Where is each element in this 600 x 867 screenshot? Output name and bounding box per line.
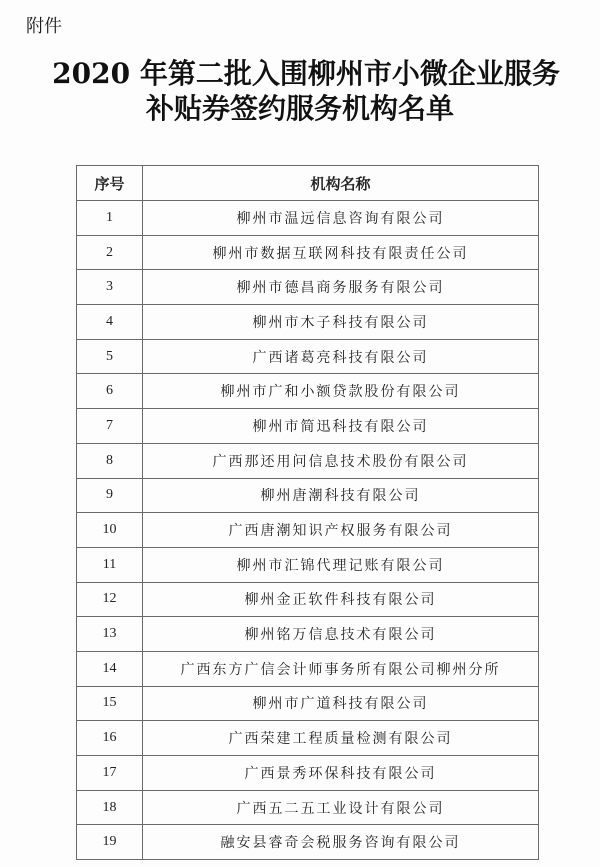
institution-name-cell: 柳州市汇锦代理记账有限公司	[143, 547, 539, 582]
table-row: 18广西五二五工业设计有限公司	[77, 790, 539, 825]
institution-name-cell: 柳州市德昌商务服务有限公司	[143, 270, 539, 305]
institution-name-cell: 柳州金正软件科技有限公司	[143, 582, 539, 617]
institution-name-cell: 柳州铭万信息技术有限公司	[143, 617, 539, 652]
serial-number-cell: 14	[77, 651, 143, 686]
table-row: 9柳州唐潮科技有限公司	[77, 478, 539, 513]
serial-number-cell: 10	[77, 513, 143, 548]
title-line-1: 2020 年第二批入围柳州市小微企业服务	[0, 56, 600, 91]
institution-name-cell: 柳州市数据互联网科技有限责任公司	[143, 235, 539, 270]
serial-number-cell: 15	[77, 686, 143, 721]
institution-name-cell: 柳州市温远信息咨询有限公司	[143, 201, 539, 236]
institution-name-cell: 广西东方广信会计师事务所有限公司柳州分所	[143, 651, 539, 686]
table-row: 13柳州铭万信息技术有限公司	[77, 617, 539, 652]
table-body: 1柳州市温远信息咨询有限公司2柳州市数据互联网科技有限责任公司3柳州市德昌商务服…	[77, 201, 539, 860]
header-institution-name: 机构名称	[143, 166, 539, 201]
institution-name-cell: 柳州唐潮科技有限公司	[143, 478, 539, 513]
attachment-label: 附件	[26, 14, 62, 40]
institution-name-cell: 广西景秀环保科技有限公司	[143, 756, 539, 791]
serial-number-cell: 13	[77, 617, 143, 652]
table-header-row: 序号 机构名称	[77, 166, 539, 201]
serial-number-cell: 11	[77, 547, 143, 582]
table-row: 6柳州市广和小额贷款股份有限公司	[77, 374, 539, 409]
institution-name-cell: 广西诸葛亮科技有限公司	[143, 339, 539, 374]
table-row: 14广西东方广信会计师事务所有限公司柳州分所	[77, 651, 539, 686]
table-row: 15柳州市广道科技有限公司	[77, 686, 539, 721]
table-row: 7柳州市简迅科技有限公司	[77, 409, 539, 444]
table-row: 11柳州市汇锦代理记账有限公司	[77, 547, 539, 582]
table-row: 3柳州市德昌商务服务有限公司	[77, 270, 539, 305]
title-line-2: 补贴券签约服务机构名单	[0, 91, 600, 126]
institution-name-cell: 广西那还用问信息技术股份有限公司	[143, 443, 539, 478]
document-title: 2020 年第二批入围柳州市小微企业服务 补贴券签约服务机构名单	[0, 56, 600, 126]
serial-number-cell: 1	[77, 201, 143, 236]
institution-name-cell: 广西唐潮知识产权服务有限公司	[143, 513, 539, 548]
serial-number-cell: 6	[77, 374, 143, 409]
serial-number-cell: 5	[77, 339, 143, 374]
institution-name-cell: 柳州市广和小额贷款股份有限公司	[143, 374, 539, 409]
serial-number-cell: 18	[77, 790, 143, 825]
institution-name-cell: 柳州市简迅科技有限公司	[143, 409, 539, 444]
institution-name-cell: 广西荣建工程质量检测有限公司	[143, 721, 539, 756]
table-row: 17广西景秀环保科技有限公司	[77, 756, 539, 791]
serial-number-cell: 17	[77, 756, 143, 791]
serial-number-cell: 4	[77, 305, 143, 340]
table-row: 1柳州市温远信息咨询有限公司	[77, 201, 539, 236]
serial-number-cell: 7	[77, 409, 143, 444]
institution-name-cell: 柳州市广道科技有限公司	[143, 686, 539, 721]
institution-name-cell: 柳州市木子科技有限公司	[143, 305, 539, 340]
table-row: 8广西那还用问信息技术股份有限公司	[77, 443, 539, 478]
serial-number-cell: 9	[77, 478, 143, 513]
table-row: 2柳州市数据互联网科技有限责任公司	[77, 235, 539, 270]
table-row: 12柳州金正软件科技有限公司	[77, 582, 539, 617]
header-serial-number: 序号	[77, 166, 143, 201]
table-row: 16广西荣建工程质量检测有限公司	[77, 721, 539, 756]
table-row: 4柳州市木子科技有限公司	[77, 305, 539, 340]
institution-table: 序号 机构名称 1柳州市温远信息咨询有限公司2柳州市数据互联网科技有限责任公司3…	[76, 165, 539, 860]
serial-number-cell: 12	[77, 582, 143, 617]
institution-name-cell: 广西五二五工业设计有限公司	[143, 790, 539, 825]
table-row: 5广西诸葛亮科技有限公司	[77, 339, 539, 374]
table-row: 10广西唐潮知识产权服务有限公司	[77, 513, 539, 548]
table-row: 19融安县睿奇会税服务咨询有限公司	[77, 825, 539, 860]
institution-name-cell: 融安县睿奇会税服务咨询有限公司	[143, 825, 539, 860]
serial-number-cell: 3	[77, 270, 143, 305]
serial-number-cell: 2	[77, 235, 143, 270]
serial-number-cell: 19	[77, 825, 143, 860]
serial-number-cell: 16	[77, 721, 143, 756]
serial-number-cell: 8	[77, 443, 143, 478]
